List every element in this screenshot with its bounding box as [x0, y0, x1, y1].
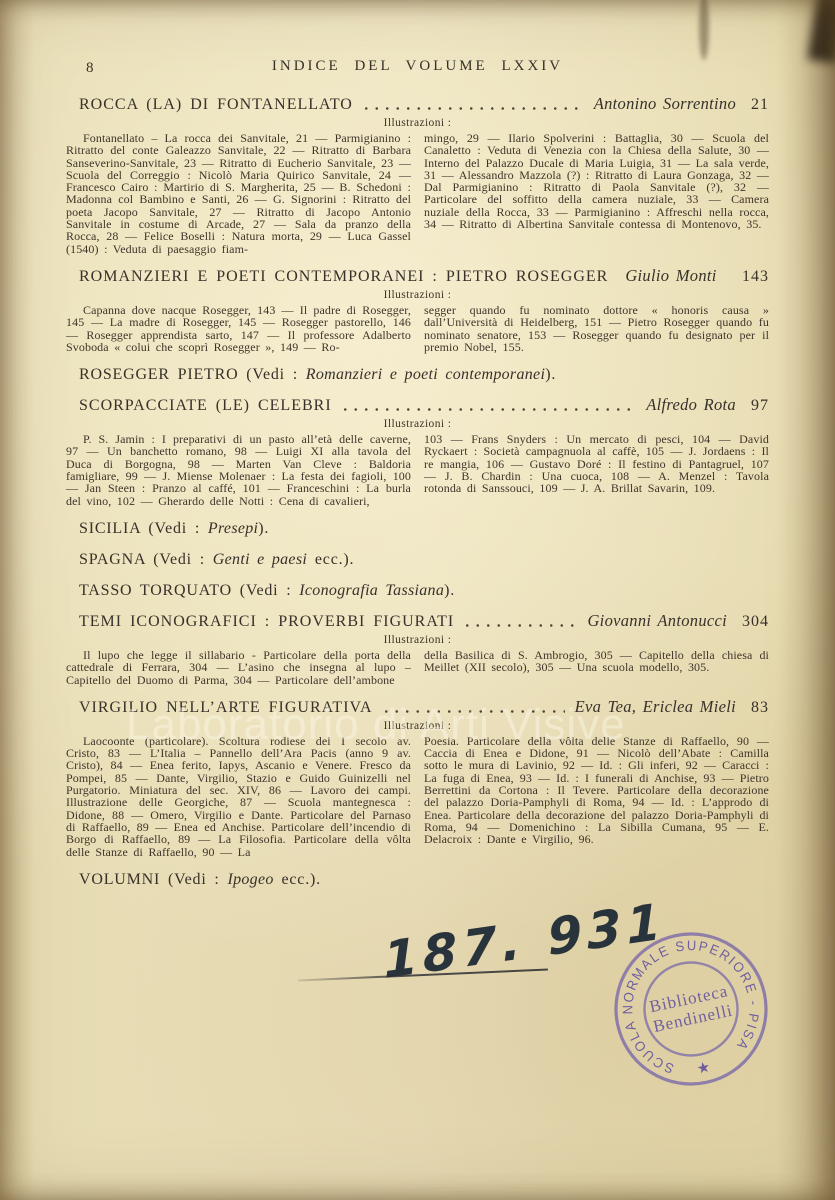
cross-reference-entry: SPAGNA (Vedi : Genti e paesi ecc.). [79, 551, 769, 569]
illustration-column-left: Laocoonte (particolare). Scoltura rodies… [66, 735, 411, 858]
entry-title: ROMANZIERI E POETI CONTEMPORANEI : PIETR… [79, 268, 608, 286]
illustration-column-right: segger quando fu nominato dottore « hono… [424, 304, 769, 353]
index-entries: ROCCA (LA) DI FONTANELLATOAntonino Sorre… [66, 94, 769, 889]
page-content: 8 INDICE DEL VOLUME LXXIV ROCCA (LA) DI … [66, 58, 769, 889]
entry-title: VIRGILIO NELL’ARTE FIGURATIVA [79, 699, 373, 717]
illustrations-label: Illustrazioni : [66, 634, 769, 646]
illustration-column-left: P. S. Jamin : I preparativi di un pasto … [66, 433, 411, 507]
illustration-column-right: Poesia. Particolare della vôlta delle St… [424, 735, 769, 858]
entry-heading: ROCCA (LA) DI FONTANELLATOAntonino Sorre… [79, 94, 769, 114]
entry-heading: TEMI ICONOGRAFICI : PROVERBI FIGURATIGio… [79, 611, 769, 631]
cross-reference-entry: TASSO TORQUATO (Vedi : Iconografia Tassi… [79, 582, 769, 600]
entry-author: Giulio Monti [625, 266, 716, 286]
entry-heading: SCORPACCIATE (LE) CELEBRIAlfredo Rota97 [79, 395, 769, 415]
cross-reference-text: ROSEGGER PIETRO (Vedi : [79, 366, 306, 383]
dotted-leader [361, 107, 584, 110]
scan-corner-shadow [808, 0, 835, 64]
illustration-column-right: mingo, 29 — Ilario Spolverini : Battagli… [424, 132, 769, 255]
dotted-leader [340, 408, 637, 411]
illustrations-label: Illustrazioni : [66, 117, 769, 129]
cross-reference-text: SPAGNA (Vedi : [79, 551, 213, 568]
cross-reference-italic-target: Ipogeo [227, 871, 273, 888]
cross-reference-text: ecc.). [274, 871, 321, 888]
cross-reference-entry: VOLUMNI (Vedi : Ipogeo ecc.). [79, 871, 769, 889]
index-entry: ROCCA (LA) DI FONTANELLATOAntonino Sorre… [66, 94, 769, 255]
entry-heading: VIRGILIO NELL’ARTE FIGURATIVAEva Tea, Er… [79, 697, 769, 717]
dotted-leader [381, 710, 565, 713]
volume-index-title: INDICE DEL VOLUME LXXIV [66, 58, 769, 75]
illustration-columns: Fontanellato – La rocca dei Sanvitale, 2… [66, 132, 769, 255]
cross-reference-entry: ROSEGGER PIETRO (Vedi : Romanzieri e poe… [79, 366, 769, 384]
scan-ink-streak [699, 0, 709, 60]
entry-author: Alfredo Rota [646, 395, 736, 415]
illustration-columns: P. S. Jamin : I preparativi di un pasto … [66, 433, 769, 507]
cross-reference-text: VOLUMNI (Vedi : [79, 871, 227, 888]
cross-reference-text: SICILIA (Vedi : [79, 520, 208, 537]
cross-reference-italic-target: Iconografia Tassiana [299, 582, 444, 599]
entry-title: SCORPACCIATE (LE) CELEBRI [79, 397, 332, 415]
cross-reference-italic-target: Genti e paesi [213, 551, 307, 568]
illustration-column-left: Fontanellato – La rocca dei Sanvitale, 2… [66, 132, 411, 255]
cross-reference-text: ecc.). [307, 551, 354, 568]
cross-reference-italic-target: Romanzieri e poeti contemporanei [306, 366, 545, 383]
cross-reference-text: ). [545, 366, 556, 383]
entry-page-number: 97 [736, 397, 769, 415]
entry-page-number: 21 [736, 96, 769, 114]
index-entry: SCORPACCIATE (LE) CELEBRIAlfredo Rota97I… [66, 395, 769, 507]
illustrations-label: Illustrazioni : [66, 289, 769, 301]
entry-page-number: 143 [727, 268, 769, 286]
index-entry: TEMI ICONOGRAFICI : PROVERBI FIGURATIGio… [66, 611, 769, 686]
cross-reference-text: TASSO TORQUATO (Vedi : [79, 582, 299, 599]
library-stamp: SCUOLA NORMALE SUPERIORE - PISA ★ Biblio… [583, 901, 799, 1117]
entry-title: TEMI ICONOGRAFICI : PROVERBI FIGURATI [79, 613, 454, 631]
cross-reference-text: ). [258, 520, 269, 537]
stamp-star-icon: ★ [695, 1059, 711, 1077]
illustration-column-right: della Basilica di S. Ambrogio, 305 — Cap… [424, 649, 769, 686]
page-number: 8 [86, 60, 94, 77]
page-header: 8 INDICE DEL VOLUME LXXIV [66, 58, 769, 78]
entry-author: Eva Tea, Ericlea Mieli [575, 697, 736, 717]
cross-reference-entry: SICILIA (Vedi : Presepi). [79, 520, 769, 538]
cross-reference-italic-target: Presepi [208, 520, 258, 537]
entry-page-number: 304 [727, 613, 769, 631]
entry-author: Giovanni Antonucci [587, 611, 727, 631]
scanned-book-page: 8 INDICE DEL VOLUME LXXIV ROCCA (LA) DI … [0, 0, 835, 1200]
entry-title: ROCCA (LA) DI FONTANELLATO [79, 96, 353, 114]
illustration-column-right: 103 — Frans Snyders : Un mercato di pesc… [424, 433, 769, 507]
illustration-column-left: Capanna dove nacque Rosegger, 143 — Il p… [66, 304, 411, 353]
illustration-columns: Capanna dove nacque Rosegger, 143 — Il p… [66, 304, 769, 353]
illustration-column-left: Il lupo che legge il sillabario - Partic… [66, 649, 411, 686]
entry-author: Antonino Sorrentino [594, 94, 736, 114]
index-entry: VIRGILIO NELL’ARTE FIGURATIVAEva Tea, Er… [66, 697, 769, 858]
cross-reference-text: ). [444, 582, 455, 599]
illustrations-label: Illustrazioni : [66, 720, 769, 732]
entry-page-number: 83 [736, 699, 769, 717]
illustration-columns: Il lupo che legge il sillabario - Partic… [66, 649, 769, 686]
entry-heading: ROMANZIERI E POETI CONTEMPORANEI : PIETR… [79, 266, 769, 286]
index-entry: ROMANZIERI E POETI CONTEMPORANEI : PIETR… [66, 266, 769, 353]
dotted-leader [462, 624, 577, 627]
illustrations-label: Illustrazioni : [66, 418, 769, 430]
illustration-columns: Laocoonte (particolare). Scoltura rodies… [66, 735, 769, 858]
